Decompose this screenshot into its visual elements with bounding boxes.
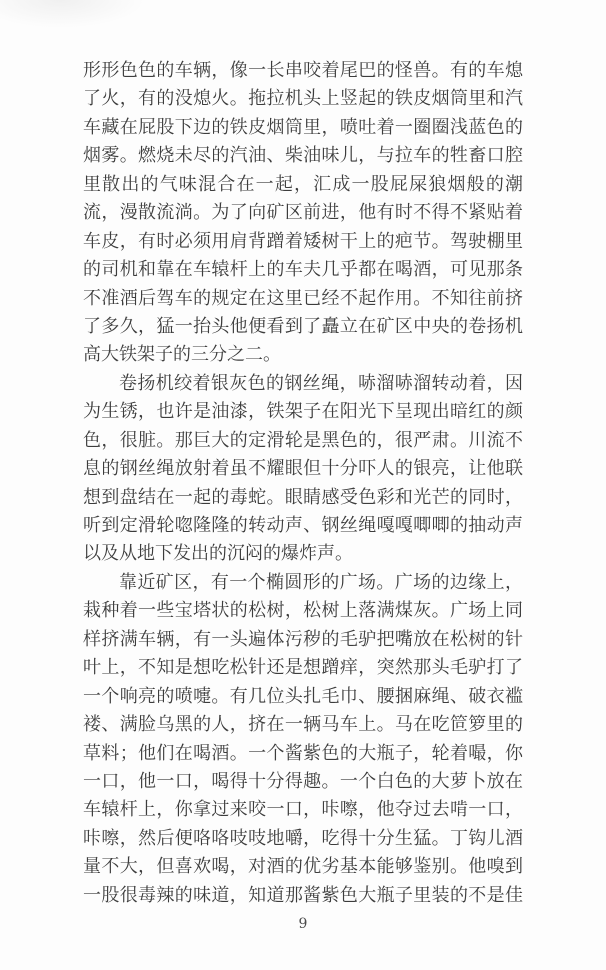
text-line: 了火，有的没熄火。拖拉机头上竖起的铁皮烟筒里和汽 <box>83 85 523 113</box>
text-line: 烟雾。燃烧未尽的汽油、柴油味儿，与拉车的牲畜口腔 <box>83 142 523 170</box>
text-line: 息的钢丝绳放射着虽不耀眼但十分吓人的银亮，让他联 <box>83 455 523 483</box>
text-line: 流，漫散流淌。为了向矿区前进，他有时不得不紧贴着 <box>83 199 523 227</box>
book-page: 形形色色的车辆，像一长串咬着尾巴的怪兽。有的车熄了火，有的没熄火。拖拉机头上竖起… <box>0 0 606 970</box>
text-line: 形形色色的车辆，像一长串咬着尾巴的怪兽。有的车熄 <box>83 57 523 85</box>
text-line: 叶上，不知是想吃松针还是想蹭痒，突然那头毛驴打了 <box>83 654 523 682</box>
text-line: 车藏在屁股下边的铁皮烟筒里，喷吐着一圈圈浅蓝色的 <box>83 114 523 142</box>
text-line: 样挤满车辆，有一头遍体污秽的毛驴把嘴放在松树的针 <box>83 626 523 654</box>
text-line: 车辕杆上，你拿过来咬一口，咔嚓，他夺过去啃一口， <box>83 796 523 824</box>
text-line: 草料；他们在喝酒。一个酱紫色的大瓶子，轮着嘬，你 <box>83 740 523 768</box>
text-line: 一个响亮的喷嚏。有几位头扎毛巾、腰捆麻绳、破衣褴 <box>83 683 523 711</box>
text-line: 想到盘结在一起的毒蛇。眼睛感受色彩和光芒的同时， <box>83 484 523 512</box>
text-line: 里散出的气味混合在一起，汇成一股屁屎狼烟般的潮 <box>83 171 523 199</box>
text-line: 靠近矿区，有一个椭圆形的广场。广场的边缘上， <box>83 569 523 597</box>
text-line: 了多久，猛一抬头他便看到了矗立在矿区中央的卷扬机 <box>83 313 523 341</box>
text-line: 量不大，但喜欢喝，对酒的优劣基本能够鉴别。他嗅到 <box>83 853 523 881</box>
text-line: 色，很脏。那巨大的定滑轮是黑色的，很严肃。川流不 <box>83 427 523 455</box>
page-number: 9 <box>0 916 606 932</box>
text-block: 形形色色的车辆，像一长串咬着尾巴的怪兽。有的车熄了火，有的没熄火。拖拉机头上竖起… <box>83 57 523 910</box>
text-line: 不准酒后驾车的规定在这里已经不起作用。不知往前挤 <box>83 285 523 313</box>
text-line: 听到定滑轮唿隆隆的转动声、钢丝绳嘎嘎唧唧的抽动声 <box>83 512 523 540</box>
text-line: 栽种着一些宝塔状的松树，松树上落满煤灰。广场上同 <box>83 597 523 625</box>
text-line: 一口，他一口，喝得十分得趣。一个白色的大萝卜放在 <box>83 768 523 796</box>
text-line: 咔嚓，然后便咯咯吱吱地嚼，吃得十分生猛。丁钩儿酒 <box>83 825 523 853</box>
text-line: 卷扬机绞着银灰色的钢丝绳，哧溜哧溜转动着，因 <box>83 370 523 398</box>
text-line: 褛、满脸乌黑的人，挤在一辆马车上。马在吃笸箩里的 <box>83 711 523 739</box>
text-line: 一股很毒辣的味道，知道那酱紫色大瓶子里装的不是佳 <box>83 882 523 910</box>
text-line: 以及从地下发出的沉闷的爆炸声。 <box>83 540 523 568</box>
text-line: 高大铁架子的三分之二。 <box>83 341 523 369</box>
text-line: 为生锈，也许是油漆，铁架子在阳光下呈现出暗红的颜 <box>83 398 523 426</box>
text-line: 车皮，有时必须用肩背蹭着矮树干上的疤节。驾驶棚里 <box>83 228 523 256</box>
text-line: 的司机和靠在车辕杆上的车夫几乎都在喝酒，可见那条 <box>83 256 523 284</box>
